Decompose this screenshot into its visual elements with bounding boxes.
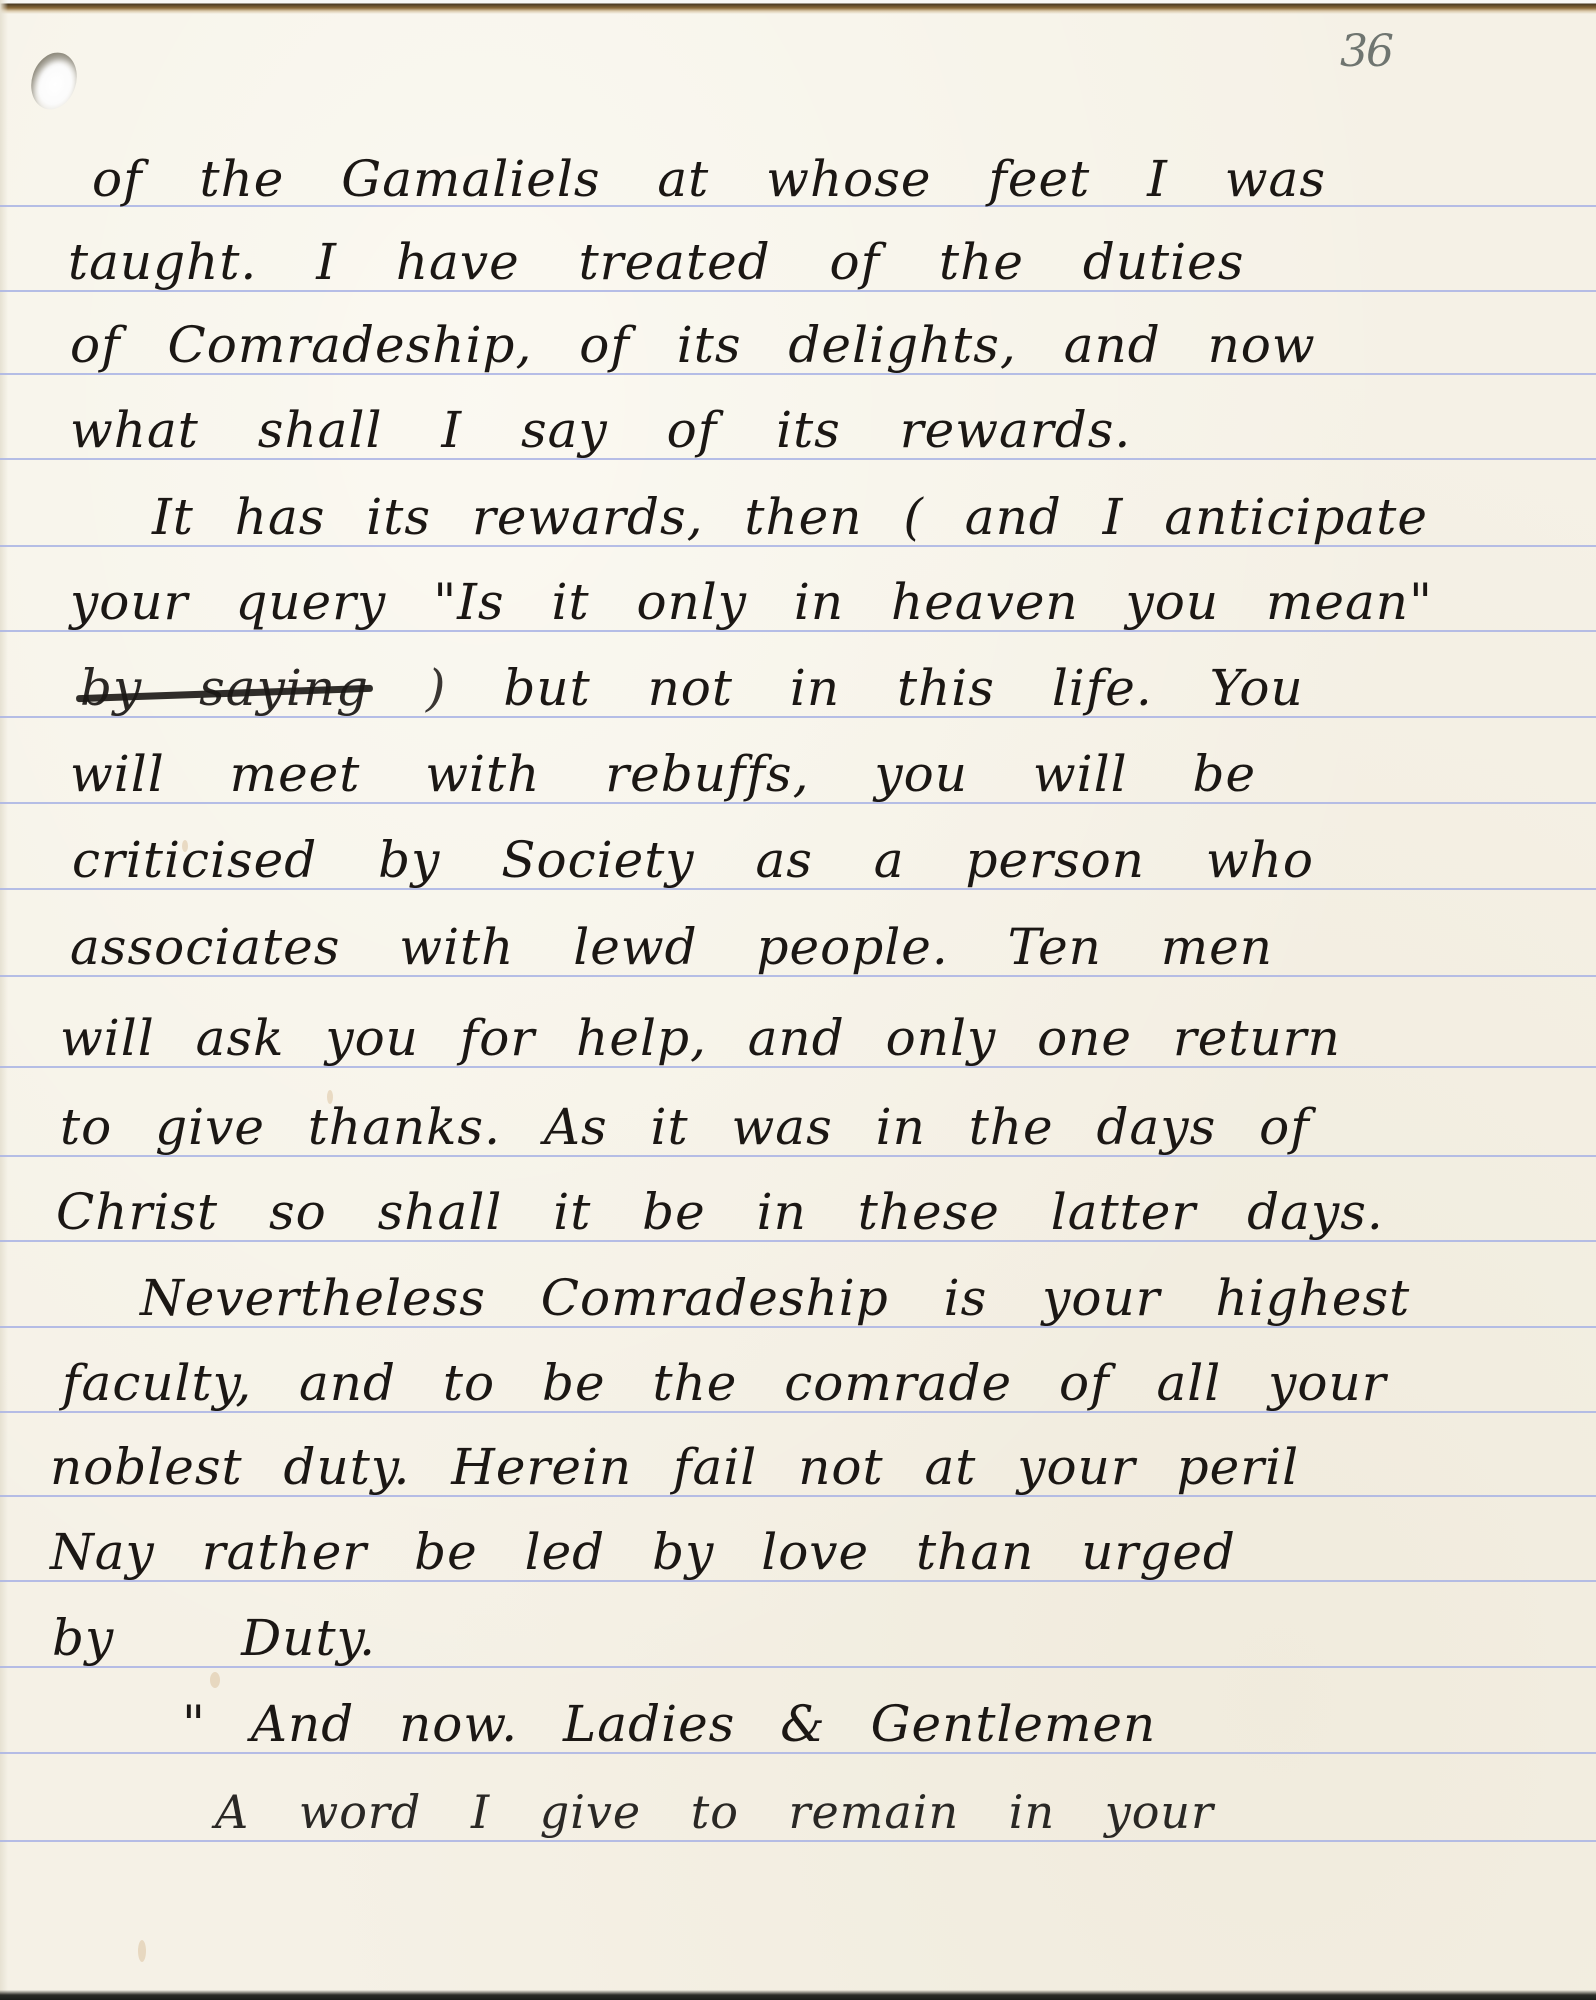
handwritten-line: A word I give to remain in your — [215, 1772, 1214, 1852]
handwritten-line: to give thanks. As it was in the days of — [60, 1087, 1310, 1167]
handwritten-line: what shall I say of its rewards. — [70, 390, 1131, 470]
torn-top-edge — [0, 0, 1596, 14]
line-text: but not in this life. You — [503, 659, 1303, 717]
handwritten-line: will ask you for help, and only one retu… — [60, 998, 1341, 1078]
handwritten-line: of Comradeship, of its delights, and now — [70, 305, 1316, 385]
handwritten-line: Christ so shall it be in these latter da… — [56, 1172, 1384, 1252]
handwritten-line: of the Gamaliels at whose feet I was — [92, 139, 1326, 219]
punch-hole — [24, 47, 84, 116]
handwritten-line: faculty, and to be the comrade of all yo… — [62, 1343, 1387, 1423]
closing-parenthesis: ) — [426, 648, 447, 728]
left-page-edge — [0, 0, 8, 2000]
handwritten-line: Nay rather be led by love than urged — [50, 1512, 1236, 1592]
handwritten-line: your query "Is it only in heaven you mea… — [70, 562, 1433, 642]
handwritten-line: criticised by Society as a person who — [72, 820, 1314, 900]
handwritten-line: " And now. Ladies & Gentlemen — [182, 1684, 1156, 1764]
handwritten-line: noblest duty. Herein fail not at your pe… — [50, 1427, 1299, 1507]
handwritten-line: taught. I have treated of the duties — [68, 222, 1244, 302]
bottom-page-edge — [0, 1990, 1596, 2000]
handwritten-line: Nevertheless Comradeship is your highest — [140, 1258, 1410, 1338]
handwritten-line: by Duty. — [52, 1598, 376, 1678]
handwritten-line: by saying ) but not in this life. You — [80, 648, 1304, 728]
manuscript-page: 36 of the Gamaliels at whose feet I was … — [0, 0, 1596, 2000]
handwritten-line: It has its rewards, then ( and I anticip… — [152, 477, 1428, 557]
handwritten-line: associates with lewd people. Ten men — [70, 907, 1273, 987]
struck-through-text: by saying — [80, 648, 369, 728]
paper-stain — [138, 1940, 146, 1962]
page-number: 36 — [1340, 26, 1392, 77]
handwritten-line: will meet with rebuffs, you will be — [70, 734, 1256, 814]
